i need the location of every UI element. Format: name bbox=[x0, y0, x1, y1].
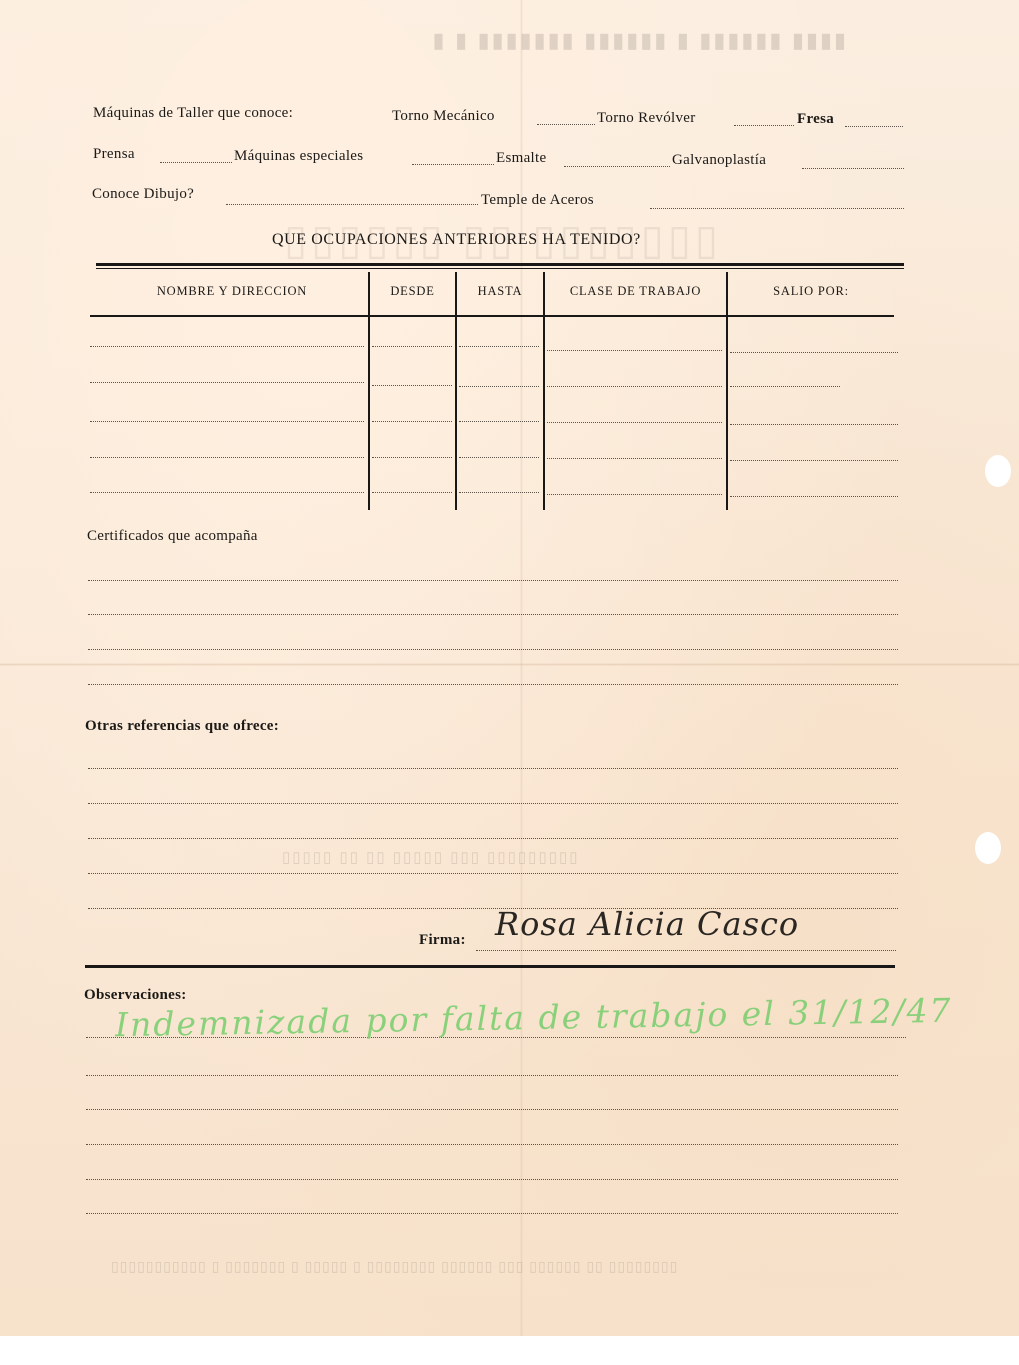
observations-line-5[interactable] bbox=[86, 1179, 898, 1180]
torno-revolver-field[interactable] bbox=[734, 125, 794, 126]
certificates-line-1[interactable] bbox=[88, 580, 898, 581]
bleed-through-header: ▮▮▮▮ ▮▮▮▮▮▮ ▮ ▮▮▮▮▮▮ ▮▮▮▮▮▮▮ ▮ ▮ bbox=[430, 28, 846, 53]
torno-mecanico-label: Torno Mecánico bbox=[392, 108, 495, 125]
certificates-line-4[interactable] bbox=[88, 684, 898, 685]
observations-line-2[interactable] bbox=[86, 1075, 898, 1076]
conoce-dibujo-label: Conoce Dibujo? bbox=[92, 186, 194, 203]
previous-jobs-heading: QUE OCUPACIONES ANTERIORES HA TENIDO? bbox=[272, 231, 641, 249]
observations-line-4[interactable] bbox=[86, 1144, 898, 1145]
esmalte-field[interactable] bbox=[564, 166, 670, 167]
machines-intro-label: Máquinas de Taller que conoce: bbox=[93, 105, 293, 122]
temple-aceros-field[interactable] bbox=[650, 208, 904, 209]
observations-label: Observaciones: bbox=[84, 987, 187, 1004]
conoce-dibujo-field[interactable] bbox=[226, 204, 478, 205]
maquinas-especiales-field[interactable] bbox=[412, 164, 494, 165]
fold-crease-horizontal bbox=[0, 663, 1019, 666]
punch-hole-top bbox=[985, 455, 1011, 487]
column-header-salio-por: SALIO POR: bbox=[728, 284, 894, 299]
punch-hole-bottom bbox=[975, 832, 1001, 864]
signature-label: Firma: bbox=[419, 932, 466, 949]
certificates-line-2[interactable] bbox=[88, 614, 898, 615]
column-header-clase-trabajo: CLASE DE TRABAJO bbox=[545, 284, 726, 299]
table-top-rule-thin bbox=[96, 268, 904, 269]
observations-line-3[interactable] bbox=[86, 1109, 898, 1110]
torno-revolver-label: Torno Revólver bbox=[597, 110, 696, 127]
fresa-label: Fresa bbox=[797, 111, 834, 128]
galvanoplastia-label: Galvanoplastía bbox=[672, 152, 766, 169]
bleed-through-section-title: ▯▯▯▯▯▯▯▯▯ ▯▯▯ ▯▯▯▯▯ ▯▯ ▯▯ ▯▯▯▯▯ bbox=[280, 848, 577, 866]
certificates-line-3[interactable] bbox=[88, 649, 898, 650]
bleed-through-bottom-line: ▯▯▯▯▯▯▯▯ ▯▯ ▯▯▯▯▯▯ ▯▯▯ ▯▯▯▯▯▯ ▯▯▯▯▯▯▯▯ ▯… bbox=[110, 1258, 677, 1275]
signature-rule bbox=[85, 965, 895, 968]
table-top-rule bbox=[96, 263, 904, 266]
column-divider-1 bbox=[368, 272, 370, 510]
torno-mecanico-field[interactable] bbox=[537, 124, 595, 125]
galvanoplastia-field[interactable] bbox=[802, 168, 904, 169]
table-header-rule bbox=[90, 315, 894, 317]
observations-line-6[interactable] bbox=[86, 1213, 898, 1214]
esmalte-label: Esmalte bbox=[496, 150, 546, 167]
certificates-label: Certificados que acompaña bbox=[87, 528, 258, 545]
prensa-label: Prensa bbox=[93, 146, 135, 163]
fresa-field[interactable] bbox=[845, 126, 903, 127]
column-header-hasta: HASTA bbox=[457, 284, 543, 299]
prensa-field[interactable] bbox=[160, 162, 232, 163]
references-line-1[interactable] bbox=[88, 768, 898, 769]
signature-handwriting: Rosa Alicia Casco bbox=[495, 905, 799, 943]
column-header-desde: DESDE bbox=[370, 284, 455, 299]
temple-aceros-label: Temple de Aceros bbox=[481, 192, 594, 209]
references-label: Otras referencias que ofrece: bbox=[85, 718, 279, 735]
references-line-2[interactable] bbox=[88, 803, 898, 804]
column-divider-3 bbox=[543, 272, 545, 510]
signature-field[interactable] bbox=[476, 950, 896, 951]
column-header-nombre: NOMBRE Y DIRECCION bbox=[96, 284, 368, 299]
references-line-4[interactable] bbox=[88, 873, 898, 874]
column-divider-4 bbox=[726, 272, 728, 510]
references-line-3[interactable] bbox=[88, 838, 898, 839]
maquinas-especiales-label: Máquinas especiales bbox=[234, 148, 363, 165]
column-divider-2 bbox=[455, 272, 457, 510]
